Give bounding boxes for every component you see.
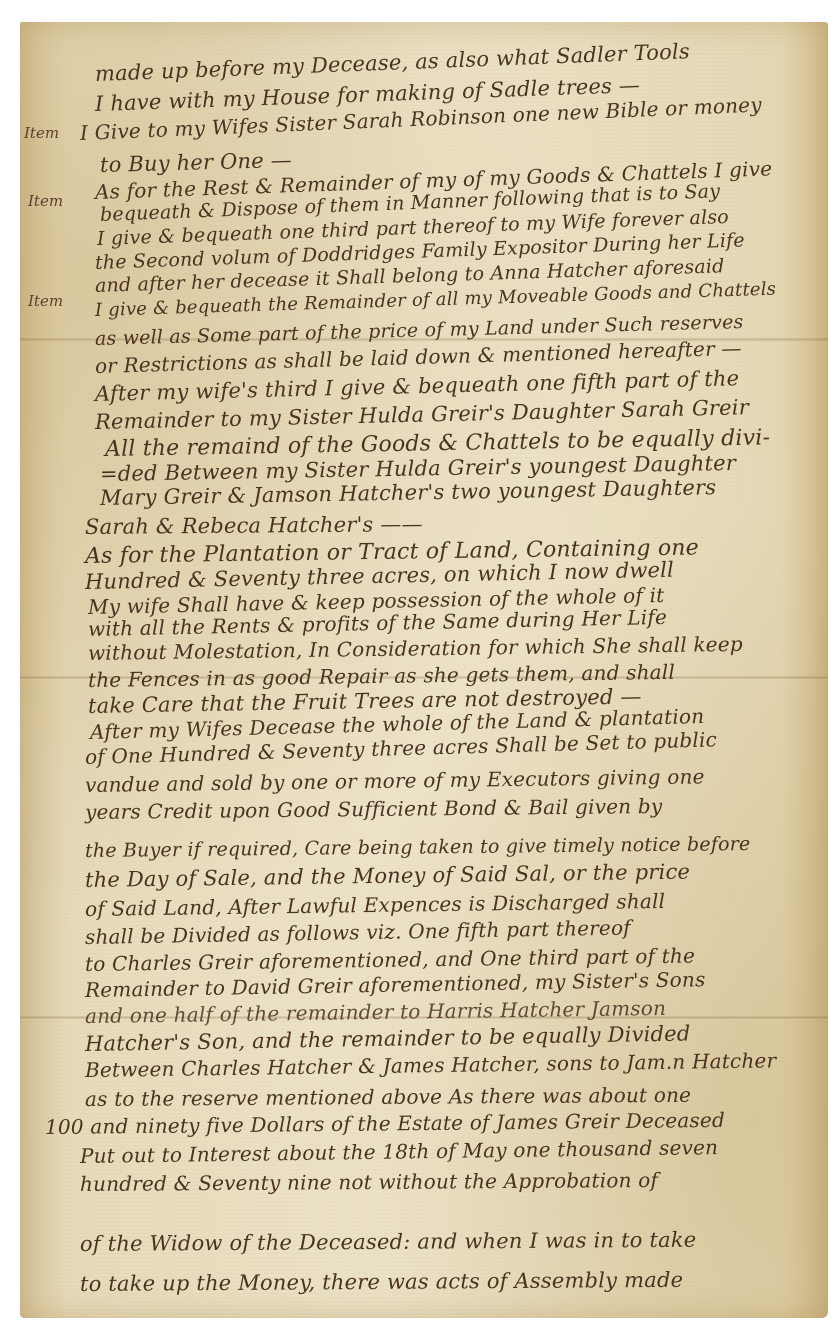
manuscript-line: to take up the Money, there was acts of … <box>80 1268 683 1296</box>
margin-note-item: Item <box>28 192 63 210</box>
margin-note-item: Item <box>28 292 63 310</box>
manuscript-line: as to the reserve mentioned above As the… <box>85 1083 691 1111</box>
manuscript-line: Sarah & Rebeca Hatcher's —— <box>85 512 423 539</box>
manuscript-line: of the Widow of the Deceased: and when I… <box>80 1228 697 1256</box>
manuscript-line: to Buy her One — <box>100 148 293 177</box>
margin-note-item: Item <box>24 124 59 142</box>
manuscript-line: hundred & Seventy nine not without the A… <box>80 1168 658 1196</box>
